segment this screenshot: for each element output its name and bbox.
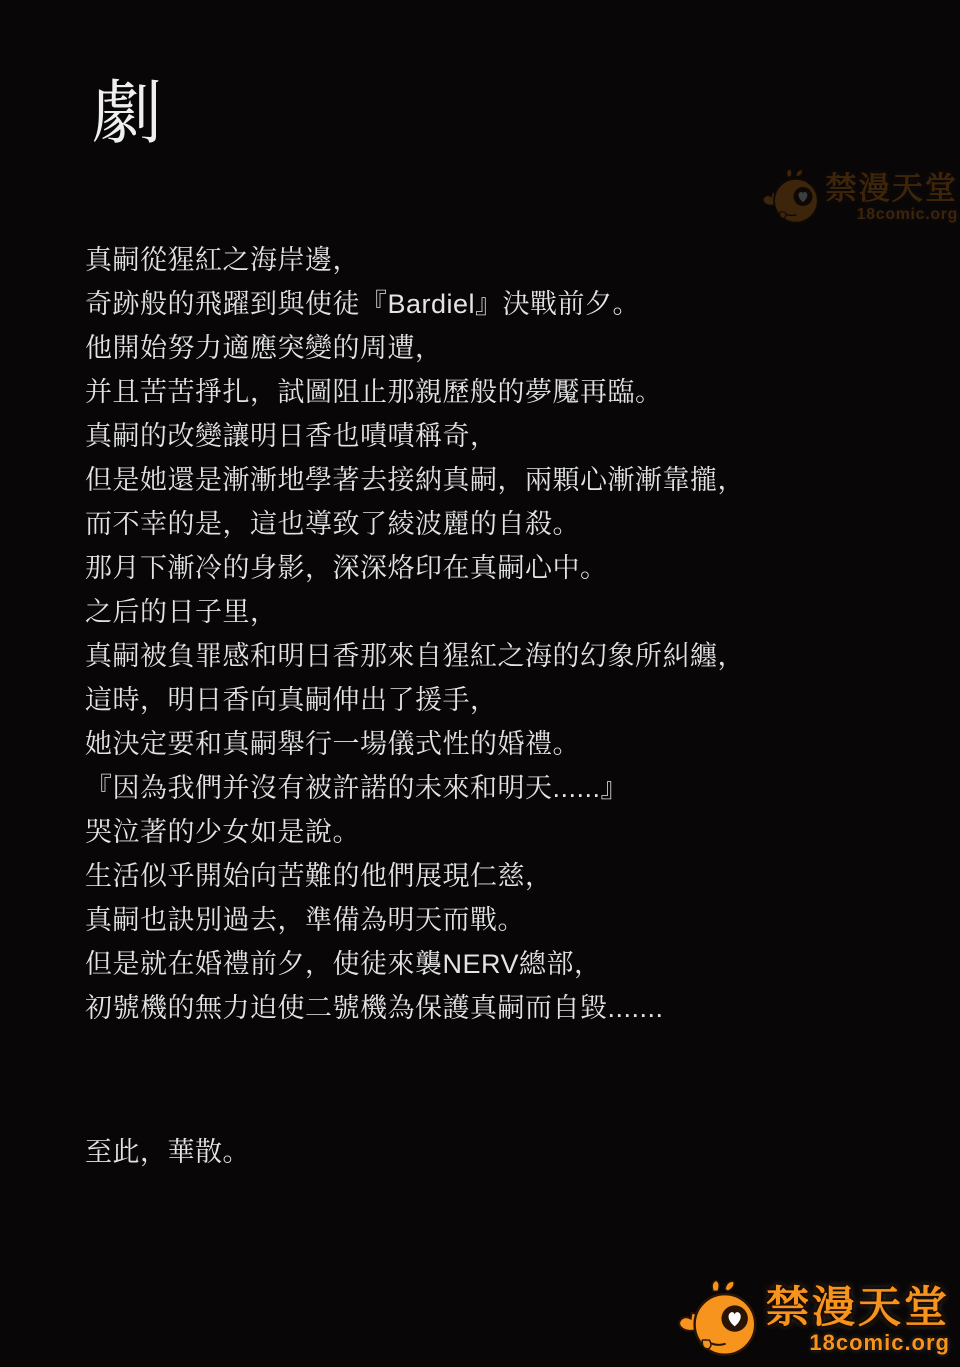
story-line: 奇跡般的飛躍到與使徒『Bardiel』決戰前夕。 (85, 282, 905, 326)
site-url: 18comic.org (857, 204, 958, 223)
whale-mascot-icon (761, 168, 824, 228)
story-line: 但是就在婚禮前夕，使徒來襲NERV總部， (85, 942, 905, 986)
comic-text-page: 劇 真嗣從猩紅之海岸邊， 奇跡般的飛躍到與使徒『Bardiel』決戰前夕。 他開… (0, 0, 960, 1367)
story-line: 真嗣也訣別過去，準備為明天而戰。 (85, 898, 905, 942)
watermark: 禁漫天堂 18comic.org (676, 1279, 950, 1363)
story-line: 并且苦苦掙扎，試圖阻止那親歷般的夢魘再臨。 (85, 370, 905, 414)
story-line: 但是她還是漸漸地學著去接納真嗣，兩顆心漸漸靠攏， (85, 458, 905, 502)
story-line: 而不幸的是，這也導致了綾波麗的自殺。 (85, 502, 905, 546)
story-line: 真嗣的改變讓明日香也嘖嘖稱奇， (85, 414, 905, 458)
story-line: 他開始努力適應突變的周遭， (85, 326, 905, 370)
story-line: 這時，明日香向真嗣伸出了援手， (85, 678, 905, 722)
story-line: 真嗣從猩紅之海岸邊， (85, 238, 905, 282)
story-line: 她決定要和真嗣舉行一場儀式性的婚禮。 (85, 722, 905, 766)
story-line: 生活似乎開始向苦難的他們展現仁慈， (85, 854, 905, 898)
page-title: 劇 (92, 78, 162, 148)
story-text-block: 真嗣從猩紅之海岸邊， 奇跡般的飛躍到與使徒『Bardiel』決戰前夕。 他開始努… (85, 238, 905, 1174)
site-name: 禁漫天堂 (766, 1286, 950, 1331)
story-line: 哭泣著的少女如是說。 (85, 810, 905, 854)
story-line: 『因為我們并沒有被許諾的未來和明天......』 (85, 766, 905, 810)
site-url: 18comic.org (809, 1330, 950, 1356)
story-line: 初號機的無力迫使二號機為保護真嗣而自毀....... (85, 986, 905, 1030)
whale-mascot-icon (676, 1279, 764, 1363)
closing-line: 至此，華散。 (85, 1130, 905, 1174)
watermark-text: 禁漫天堂 18comic.org (766, 1286, 950, 1355)
site-name: 禁漫天堂 (826, 173, 958, 206)
story-line: 之后的日子里， (85, 590, 905, 634)
watermark-faint: 禁漫天堂 18comic.org (761, 168, 958, 228)
story-line: 真嗣被負罪感和明日香那來自猩紅之海的幻象所糾纏， (85, 634, 905, 678)
story-line: 那月下漸冷的身影，深深烙印在真嗣心中。 (85, 546, 905, 590)
watermark-text: 禁漫天堂 18comic.org (826, 173, 958, 223)
